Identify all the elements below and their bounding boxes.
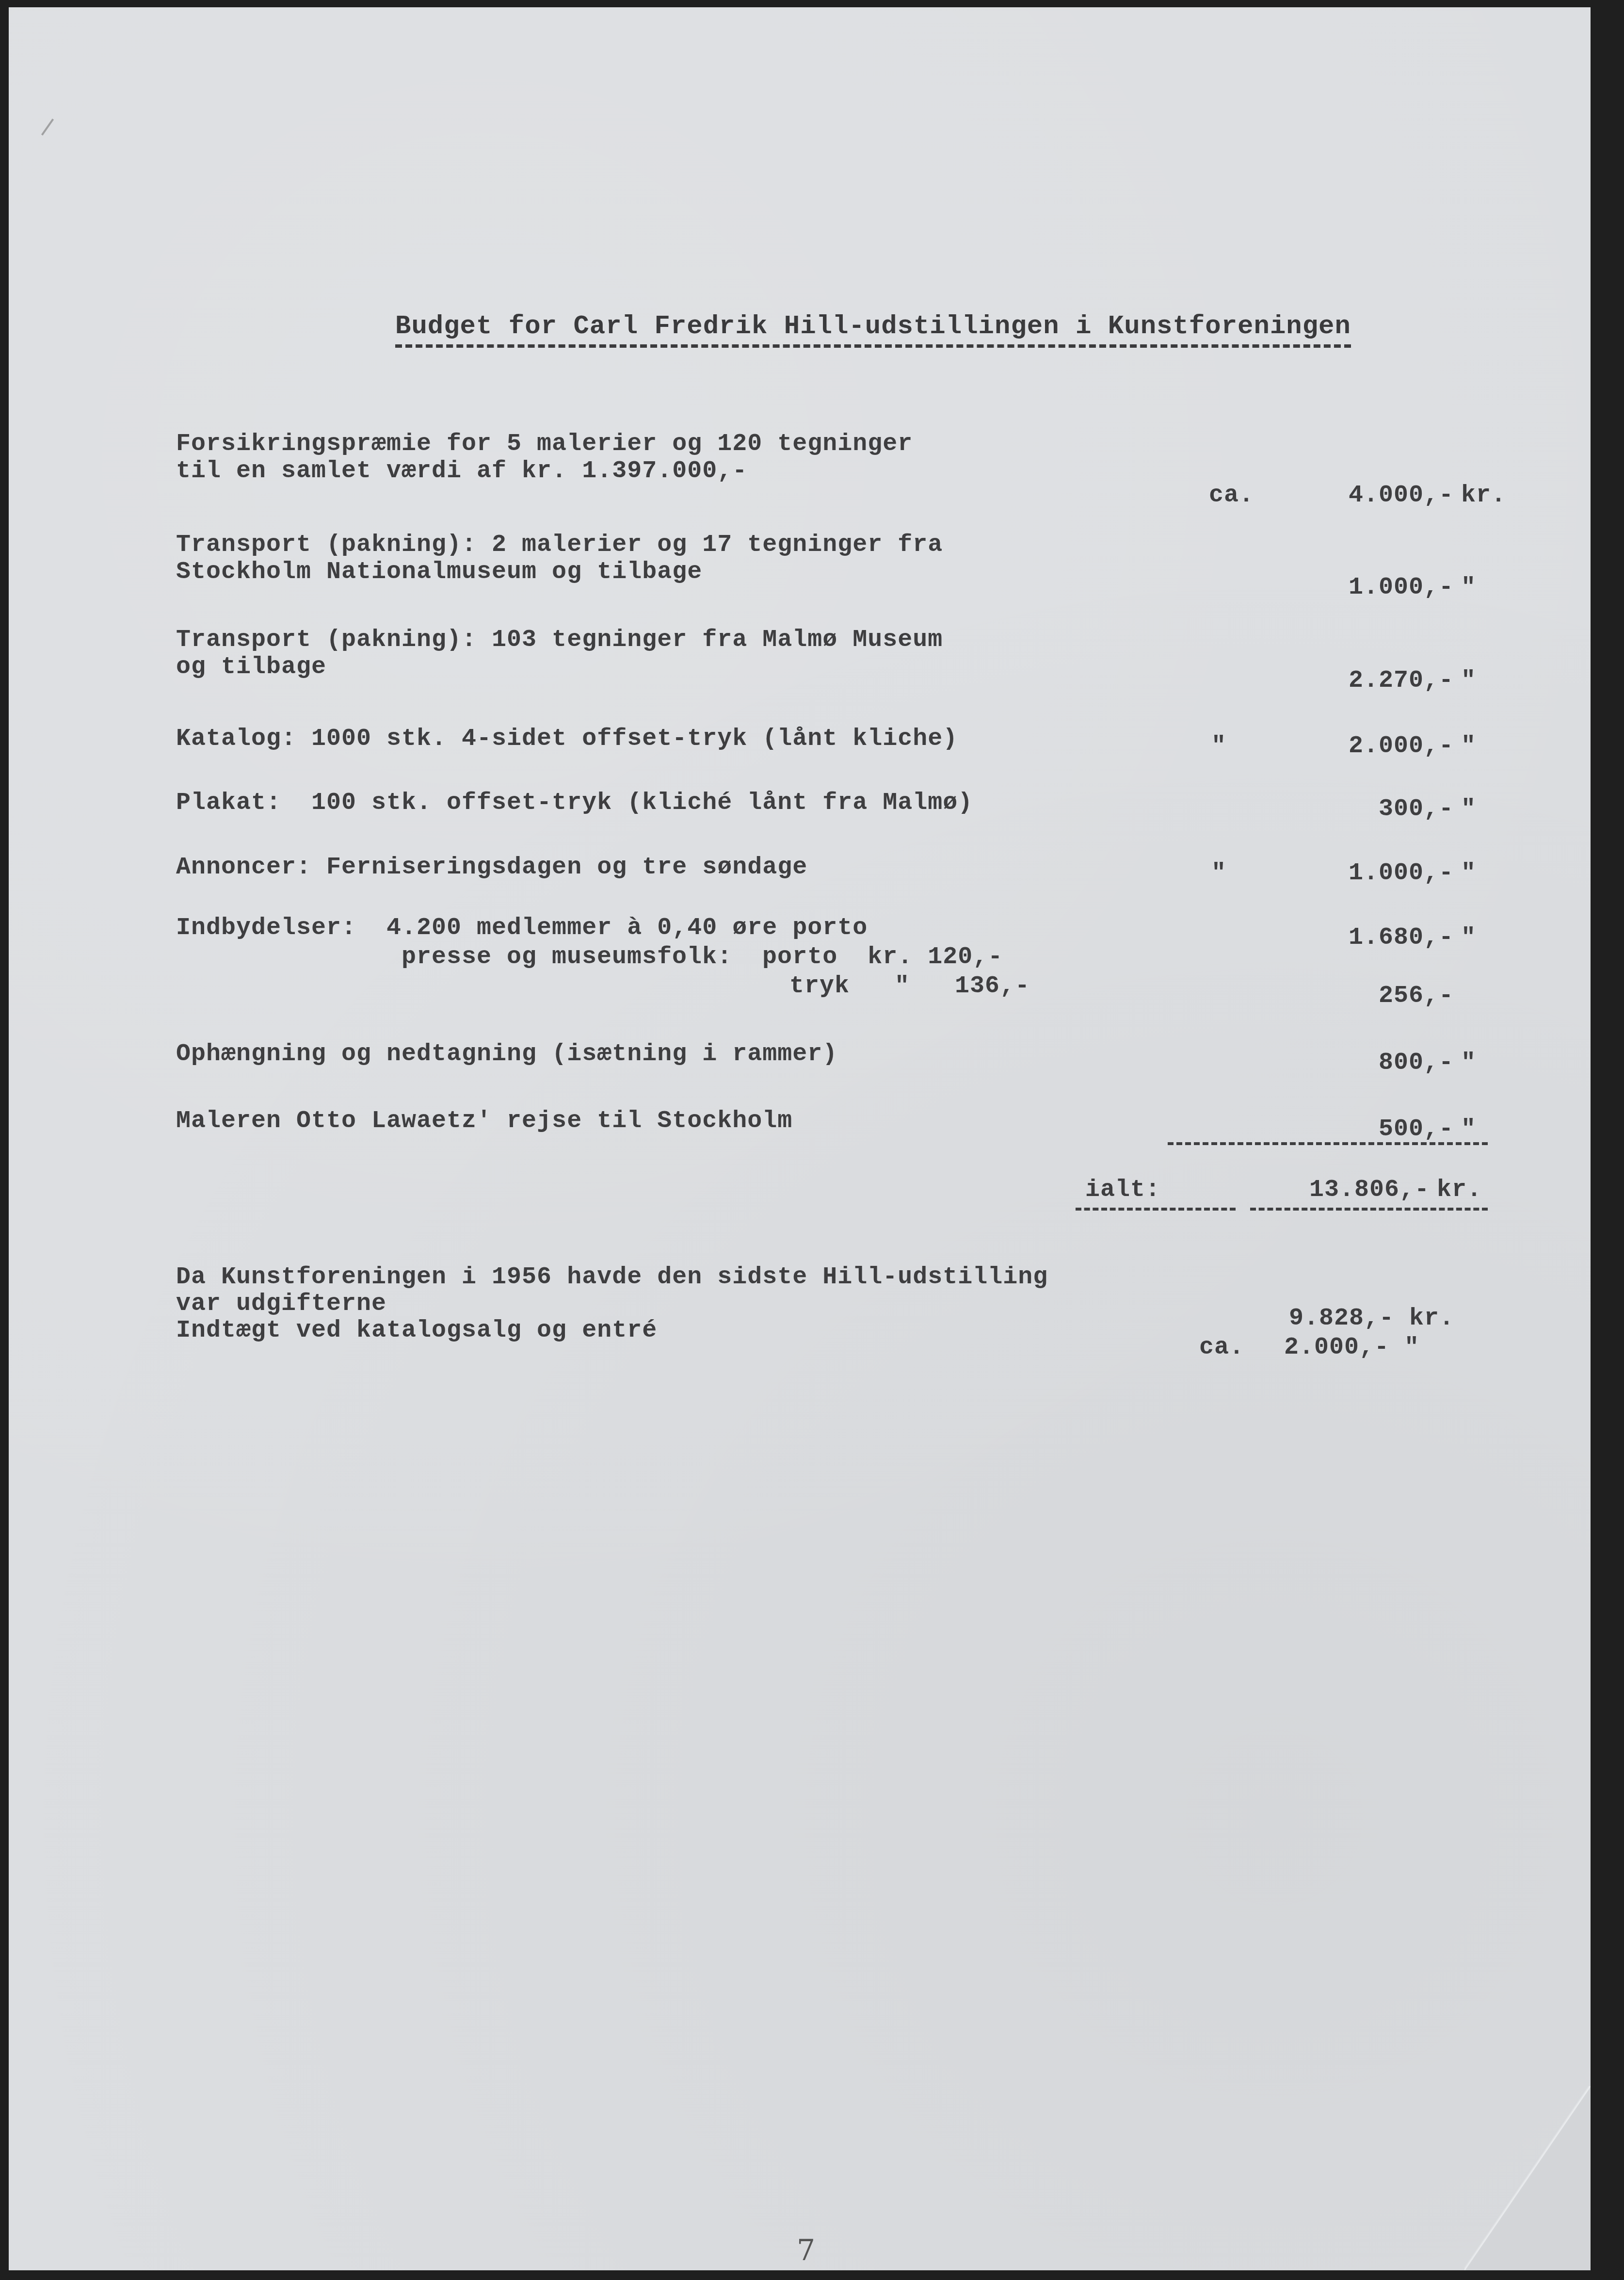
item-1-prefix: ca.: [1209, 482, 1254, 510]
page-number: 7: [797, 2233, 815, 2267]
item-7-amount: 1.680,-: [1270, 924, 1454, 952]
item-7-sub-line-1: presse og museumsfolk: porto kr. 120,-: [402, 943, 1003, 971]
folded-corner: [1464, 2086, 1591, 2270]
item-7-sub-line-2: tryk " 136,-: [789, 972, 1030, 1001]
item-6-prefix: ": [1211, 859, 1226, 888]
item-3-amount: 2.270,-: [1270, 667, 1454, 695]
total-amount: 13.806,-: [1245, 1176, 1430, 1204]
item-3-unit: ": [1461, 667, 1476, 695]
total-label: ialt:: [1085, 1176, 1160, 1204]
total-label-rule: [1076, 1208, 1236, 1211]
item-4-amount: 2.000,-: [1270, 732, 1454, 760]
item-7-sub-amount: 256,-: [1270, 982, 1454, 1010]
comparison-income-prefix: ca.: [1199, 1334, 1244, 1362]
item-5-amount: 300,-: [1270, 795, 1454, 824]
subtotal-rule: [1168, 1142, 1488, 1145]
item-8-unit: ": [1461, 1049, 1476, 1077]
item-5-line-1: Plakat: 100 stk. offset-tryk (kliché lån…: [176, 789, 973, 817]
item-4-unit: ": [1461, 732, 1476, 760]
item-2-unit: ": [1461, 574, 1476, 602]
item-4-line-1: Katalog: 1000 stk. 4-sidet offset-tryk (…: [176, 725, 958, 753]
item-6-amount: 1.000,-: [1270, 859, 1454, 888]
item-4-prefix: ": [1211, 732, 1226, 760]
item-3-line-1: Transport (pakning): 103 tegninger fra M…: [176, 626, 943, 654]
item-2-line-1: Transport (pakning): 2 malerier og 17 te…: [176, 531, 943, 559]
item-8-amount: 800,-: [1270, 1049, 1454, 1077]
item-5-unit: ": [1461, 795, 1476, 824]
item-2-line-2: Stockholm Nationalmuseum og tilbage: [176, 558, 702, 586]
item-6-unit: ": [1461, 859, 1476, 888]
item-2-amount: 1.000,-: [1270, 574, 1454, 602]
item-3-line-2: og tilbage: [176, 653, 326, 681]
pencil-mark: [41, 118, 54, 135]
item-9-unit: ": [1461, 1116, 1476, 1144]
document-title: Budget for Carl Fredrik Hill-udstillinge…: [395, 312, 1351, 348]
item-8-line-1: Ophængning og nedtagning (isætning i ram…: [176, 1040, 837, 1068]
item-1-unit: kr.: [1461, 482, 1506, 510]
document-page: Budget for Carl Fredrik Hill-udstillinge…: [9, 7, 1591, 2270]
total-unit: kr.: [1437, 1176, 1482, 1204]
item-7-line-1: Indbydelser: 4.200 medlemmer à 0,40 øre …: [176, 914, 868, 942]
item-9-amount: 500,-: [1270, 1116, 1454, 1144]
item-1-line-1: Forsikringspræmie for 5 malerier og 120 …: [176, 430, 913, 458]
comparison-expenses: 9.828,- kr.: [1289, 1305, 1454, 1333]
comparison-line-3: Indtægt ved katalogsalg og entré: [176, 1317, 657, 1345]
total-amount-rule: [1250, 1208, 1488, 1211]
comparison-income: 2.000,- ": [1284, 1334, 1419, 1362]
item-9-line-1: Maleren Otto Lawaetz' rejse til Stockhol…: [176, 1107, 792, 1135]
comparison-line-2: var udgifterne: [176, 1290, 386, 1318]
item-1-line-2: til en samlet værdi af kr. 1.397.000,-: [176, 457, 747, 485]
item-1-amount: 4.000,-: [1270, 482, 1454, 510]
item-6-line-1: Annoncer: Ferniseringsdagen og tre sønda…: [176, 854, 807, 882]
item-7-unit: ": [1461, 924, 1476, 952]
comparison-line-1: Da Kunstforeningen i 1956 havde den sids…: [176, 1263, 1048, 1292]
